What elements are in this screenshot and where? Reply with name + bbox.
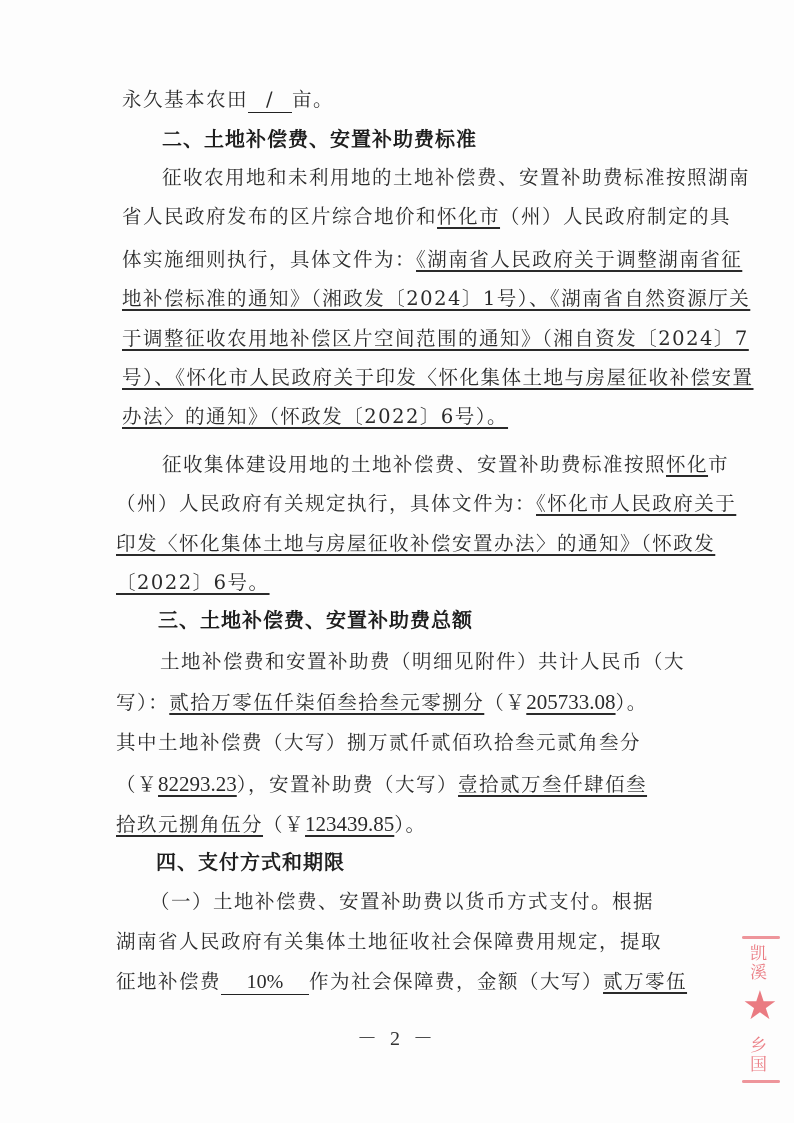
section-heading-total: 三、土地补偿费、安置补助费总额 — [158, 608, 473, 632]
text-segment: ）。 — [616, 691, 648, 714]
text-segment: 体实施细则执行，具体文件为： — [122, 248, 416, 271]
text-segment: （州）人民政府制定的具 — [500, 205, 731, 228]
document-reference-line: 于调整征收农用地补偿区片空间范围的通知》（湘自资发〔2024〕7 — [122, 327, 749, 351]
document-reference: 《湖南省人民政府关于调整湖南省征 — [416, 248, 742, 271]
text-segment: ）。 — [394, 813, 426, 836]
resettlement-amount-chinese: 壹拾贰万叁仟肆佰叁 — [458, 773, 647, 796]
seal-bottom-text: 乡国 — [744, 1036, 769, 1074]
text-segment: （￥ — [484, 691, 526, 714]
text-segment: 作为社会保障费，金额（大写） — [309, 970, 603, 993]
total-amount: 205733.08 — [526, 690, 615, 714]
document-reference-line: 号）、《怀化市人民政府关于印发〈怀化集体土地与房屋征收补偿安置 — [122, 366, 754, 390]
seal-top-text: 凯溪 — [744, 944, 769, 982]
document-reference-line: 地补偿标准的通知》（湘政发〔2024〕1号）、《湖南省自然资源厅关 — [122, 287, 750, 311]
city-name: 怀化市 — [437, 205, 500, 228]
seal-border — [742, 936, 780, 939]
text-segment: ），安置补助费（大写） — [237, 773, 458, 796]
city-name: 怀化 — [666, 453, 708, 476]
star-icon: ★ — [742, 986, 778, 1026]
document-reference: 《怀化市人民政府关于 — [536, 492, 736, 515]
official-seal: 凯溪 ★ 乡国 — [736, 928, 786, 1096]
social-security-rate: 10% — [221, 970, 309, 995]
social-security-amount-chinese: 贰万零伍 — [603, 970, 687, 993]
document-reference-line: 〔2022〕6号。 — [116, 571, 270, 595]
text-segment: 征地补偿费 — [116, 970, 221, 993]
paragraph-line: 征收集体建设用地的土地补偿费、安置补助费标准按照怀化市 — [162, 453, 729, 477]
paragraph-line: 征收农用地和未利用地的土地补偿费、安置补助费标准按照湖南 — [162, 166, 750, 190]
text-segment: 省人民政府发布的区片综合地价和 — [122, 205, 437, 228]
paragraph-line: 土地补偿费和安置补助费（明细见附件）共计人民币（大 — [160, 650, 685, 674]
text-segment: 征收集体建设用地的土地补偿费、安置补助费标准按照 — [162, 453, 666, 476]
paragraph-line: 体实施细则执行，具体文件为：《湖南省人民政府关于调整湖南省征 — [122, 248, 742, 272]
resettlement-line: 拾玖元捌角伍分（￥123439.85）。 — [116, 812, 427, 837]
text-segment: （￥ — [263, 813, 305, 836]
seal-border — [742, 1080, 780, 1083]
farmland-line: 永久基本农田/亩。 — [122, 88, 334, 113]
paragraph-line: 省人民政府发布的区片综合地价和怀化市（州）人民政府制定的具 — [122, 205, 731, 229]
section-heading-payment: 四、支付方式和期限 — [156, 850, 345, 874]
document-reference-line: 印发〈怀化集体土地与房屋征收补偿安置办法〉的通知》（怀政发 — [116, 532, 715, 556]
farmland-unit: 亩。 — [292, 88, 334, 111]
section-heading-standards: 二、土地补偿费、安置补助费标准 — [162, 127, 477, 151]
amounts-line: （￥82293.23），安置补助费（大写）壹拾贰万叁仟肆佰叁 — [116, 772, 647, 797]
social-security-line: 征地补偿费10%作为社会保障费，金额（大写）贰万零伍 — [116, 970, 687, 995]
farmland-label: 永久基本农田 — [122, 88, 248, 111]
paragraph-line: （一）土地补偿费、安置补助费以货币方式支付。根据 — [150, 890, 654, 914]
page-number: － 2 － — [0, 1022, 794, 1051]
land-compensation-amount: 82293.23 — [158, 772, 237, 796]
land-compensation-line: 其中土地补偿费（大写）捌万贰仟贰佰玖拾叁元贰角叁分 — [116, 731, 641, 755]
paragraph-line: （州）人民政府有关规定执行，具体文件为：《怀化市人民政府关于 — [116, 492, 736, 516]
total-amount-line: 写）：贰拾万零伍仟柒佰叁拾叁元零捌分（￥205733.08）。 — [116, 690, 648, 715]
paragraph-line: 湖南省人民政府有关集体土地征收社会保障费用规定，提取 — [116, 930, 662, 954]
total-amount-chinese: 贰拾万零伍仟柒佰叁拾叁元零捌分 — [169, 691, 484, 714]
resettlement-amount: 123439.85 — [305, 812, 394, 836]
text-segment: 市 — [708, 453, 729, 476]
text-segment: （州）人民政府有关规定执行，具体文件为： — [116, 492, 536, 515]
document-page: 永久基本农田/亩。 二、土地补偿费、安置补助费标准 征收农用地和未利用地的土地补… — [0, 0, 794, 1123]
text-segment: （￥ — [116, 773, 158, 796]
text-segment: 写）： — [116, 691, 169, 714]
document-reference-line: 办法〉的通知》（怀政发〔2022〕6号）。 — [122, 405, 508, 429]
resettlement-amount-chinese: 拾玖元捌角伍分 — [116, 813, 263, 836]
farmland-value: / — [248, 88, 292, 113]
